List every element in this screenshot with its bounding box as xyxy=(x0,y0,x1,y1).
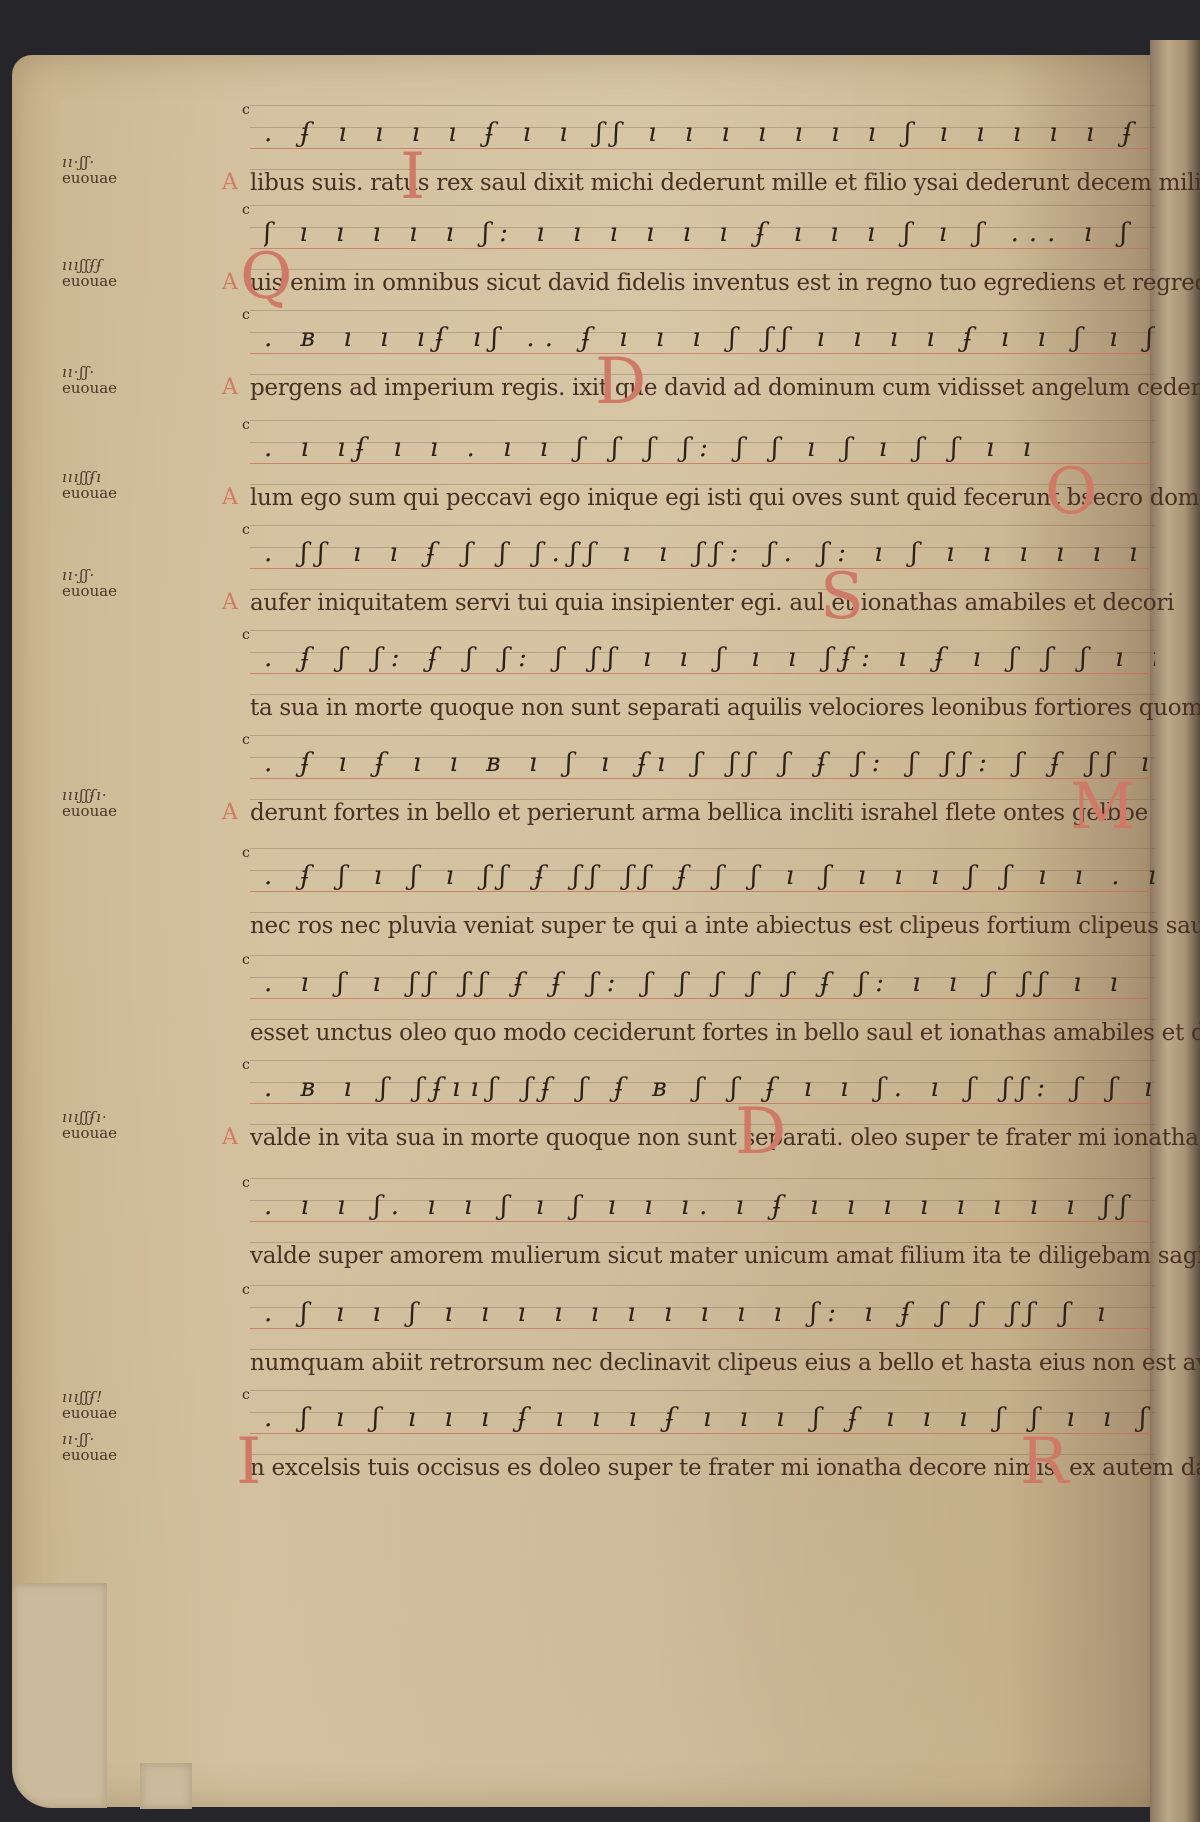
lyric-line: valde super amorem mulierum sicut mater … xyxy=(250,1243,1155,1277)
margin-cue-4: ıı·ʃʃ·euouae xyxy=(62,568,152,600)
chant-system-0: c. ʄ ı ı ı ı ʄ ı ı ʃʃ ı ı ı ı ı ı ı ʃ ı … xyxy=(250,105,1155,204)
c-clef-icon: c xyxy=(242,732,250,748)
lyric-line: Avalde in vita sua in morte quoque non s… xyxy=(250,1125,1155,1159)
c-clef-icon: c xyxy=(242,845,250,861)
lyric-text: n excelsis tuis occisus es doleo super t… xyxy=(250,1455,1062,1481)
neumes: . ʃʃ ı ı ʄ ʃ ʃ ʃ.ʃʃ ı ı ʃʃ: ʃ. ʃ: ı ʃ ı … xyxy=(264,538,1155,568)
neumes: . ʃ ı ı ʃ ı ı ı ı ı ı ı ı ı ı ʃ: ı ʄ ʃ ʃ… xyxy=(264,1298,1155,1328)
lyric-line: Auis enim in omnibus sicut david fidelis… xyxy=(250,270,1155,304)
lyric-text: aufer iniquitatem servi tui quia insipie… xyxy=(250,590,782,616)
euouae-label: euouae xyxy=(62,804,152,820)
antiphon-marker: A xyxy=(222,485,238,510)
c-clef-icon: c xyxy=(242,307,250,323)
margin-cue-7: ıııʃʃʄ!euouae xyxy=(62,1390,152,1422)
neumes: . ı ıʄ ı ı . ı ı ʃ ʃ ʃ ʃ: ʃ ʃ ı ʃ ı ʃ ʃ … xyxy=(264,433,1155,463)
euouae-label: euouae xyxy=(62,1126,152,1142)
lyric-line: Aderunt fortes in bello et perierunt arm… xyxy=(250,800,1155,834)
c-clef-icon: c xyxy=(242,1282,250,1298)
antiphon-marker: A xyxy=(222,375,238,400)
red-initial: S xyxy=(820,565,864,629)
neume-staff: c. ʙ ı ı ıʄ ıʃ .. ʄ ı ı ı ʃ ʃʃ ı ı ı ı ʄ… xyxy=(250,310,1155,375)
lyric-line: Alibus suis. ratus rex saul dixit michi … xyxy=(250,170,1155,204)
margin-cue-5: ıııʃʃʄı·euouae xyxy=(62,788,152,820)
red-initial: I xyxy=(236,1430,261,1494)
chant-system-6: c. ʄ ı ʄ ı ı ʙ ı ʃ ı ʄı ʃ ʃʃ ʃ ʄ ʃ: ʃ ʃʃ… xyxy=(250,735,1155,834)
chant-system-4: c. ʃʃ ı ı ʄ ʃ ʃ ʃ.ʃʃ ı ı ʃʃ: ʃ. ʃ: ı ʃ ı… xyxy=(250,525,1155,624)
lyric-line: ta sua in morte quoque non sunt separati… xyxy=(250,695,1155,729)
c-clef-icon: c xyxy=(242,1057,250,1073)
lyric-line: Alum ego sum qui peccavi ego inique egi … xyxy=(250,485,1155,519)
lyric-text: valde super amorem mulierum sicut mater … xyxy=(250,1243,1200,1269)
c-clef-icon: c xyxy=(242,417,250,433)
red-initial: R xyxy=(1020,1430,1068,1494)
neumes: ʃ ı ı ı ı ı ʃ: ı ı ı ı ı ı ʄ ı ı ı ʃ ı ʃ… xyxy=(264,218,1155,248)
lyric-line: Apergens ad imperium regis. ixit que dav… xyxy=(250,375,1155,409)
c-clef-icon: c xyxy=(242,952,250,968)
c-clef-icon: c xyxy=(242,102,250,118)
lyric-text: pergens ad imperium regis. xyxy=(250,375,565,401)
euouae-label: euouae xyxy=(62,1406,152,1422)
c-clef-icon: c xyxy=(242,522,250,538)
neume-staff: c. ı ı ʃ. ı ı ʃ ı ʃ ı ı ı. ı ʄ ı ı ı ı ı… xyxy=(250,1178,1155,1243)
antiphon-marker: A xyxy=(222,270,238,295)
lyric-text: ta sua in morte quoque non sunt separati… xyxy=(250,695,1200,721)
c-clef-icon: c xyxy=(242,627,250,643)
neume-staff: c. ʄ ı ı ı ı ʄ ı ı ʃʃ ı ı ı ı ı ı ı ʃ ı … xyxy=(250,105,1155,170)
margin-cue-6: ıııʃʃʄı·euouae xyxy=(62,1110,152,1142)
neumes: . ʄ ı ʄ ı ı ʙ ı ʃ ı ʄı ʃ ʃʃ ʃ ʄ ʃ: ʃ ʃʃ:… xyxy=(264,748,1155,778)
neumes: . ʙ ı ı ıʄ ıʃ .. ʄ ı ı ı ʃ ʃʃ ı ı ı ı ʄ … xyxy=(264,323,1155,353)
chant-system-8: c. ı ʃ ı ʃʃ ʃʃ ʄ ʄ ʃ: ʃ ʃ ʃ ʃ ʃ ʄ ʃ: ı ı… xyxy=(250,955,1155,1054)
lyric-line: esset unctus oleo quo modo ceciderunt fo… xyxy=(250,1020,1155,1054)
lyric-text: numquam abiit retrorsum nec declinavit c… xyxy=(250,1350,1200,1376)
chant-system-1: cʃ ı ı ı ı ı ʃ: ı ı ı ı ı ı ʄ ı ı ı ʃ ı … xyxy=(250,205,1155,304)
red-initial: D xyxy=(595,350,646,414)
lyric-line: numquam abiit retrorsum nec declinavit c… xyxy=(250,1350,1155,1384)
red-initial: Q xyxy=(240,245,292,309)
neumes: . ʄ ʃ ı ʃ ı ʃʃ ʄ ʃʃ ʃʃ ʄ ʃ ʃ ı ʃ ı ı ı ʃ… xyxy=(264,861,1155,891)
lyric-text: derunt fortes in bello et perierunt arma… xyxy=(250,800,996,826)
c-clef-icon: c xyxy=(242,1387,250,1403)
lyric-text: uis enim in omnibus sicut david fidelis … xyxy=(250,270,1200,296)
lyric-text-continued: oleo super te frater mi ionatha amabilis xyxy=(850,1125,1200,1151)
lyric-text-continued: ratus rex saul dixit michi dederunt mill… xyxy=(370,170,1200,196)
neume-staff: c. ʙ ı ʃ ʃʄııʃ ʃʄ ʃ ʄ ʙ ʃ ʃ ʄ ı ı ʃ. ı ʃ… xyxy=(250,1060,1155,1125)
chant-system-9: c. ʙ ı ʃ ʃʄııʃ ʃʄ ʃ ʄ ʙ ʃ ʃ ʄ ı ı ʃ. ı ʃ… xyxy=(250,1060,1155,1159)
euouae-label: euouae xyxy=(62,381,152,397)
lyric-line: Aaufer iniquitatem servi tui quia insipi… xyxy=(250,590,1155,624)
euouae-label: euouae xyxy=(62,171,152,187)
lyric-text-continued: ex autem david xyxy=(1069,1455,1200,1481)
euouae-label: euouae xyxy=(62,584,152,600)
margin-cue-8: ıı·ʃʃ·euouae xyxy=(62,1432,152,1464)
antiphon-marker: A xyxy=(222,170,238,195)
chant-system-2: c. ʙ ı ı ıʄ ıʃ .. ʄ ı ı ı ʃ ʃʃ ı ı ı ı ʄ… xyxy=(250,310,1155,409)
parchment-repair-patch xyxy=(12,1583,107,1808)
neume-staff: c. ʄ ı ʄ ı ı ʙ ı ʃ ı ʄı ʃ ʃʃ ʃ ʄ ʃ: ʃ ʃʃ… xyxy=(250,735,1155,800)
neumes: . ʄ ʃ ʃ: ʄ ʃ ʃ: ʃ ʃʃ ı ı ʃ ı ı ʃʄ: ı ʄ ı… xyxy=(264,643,1155,673)
antiphon-marker: A xyxy=(222,800,238,825)
chant-system-7: c. ʄ ʃ ı ʃ ı ʃʃ ʄ ʃʃ ʃʃ ʄ ʃ ʃ ı ʃ ı ı ı … xyxy=(250,848,1155,947)
red-initial: D xyxy=(735,1100,786,1164)
neume-staff: cʃ ı ı ı ı ı ʃ: ı ı ı ı ı ı ʄ ı ı ı ʃ ı … xyxy=(250,205,1155,270)
chant-system-5: c. ʄ ʃ ʃ: ʄ ʃ ʃ: ʃ ʃʃ ı ı ʃ ı ı ʃʄ: ı ʄ … xyxy=(250,630,1155,729)
euouae-label: euouae xyxy=(62,274,152,290)
margin-cue-2: ıı·ʃʃ·euouae xyxy=(62,365,152,397)
lyric-text: nec ros nec pluvia veniat super te qui a… xyxy=(250,913,1200,939)
lyric-text: lum ego sum qui peccavi ego inique egi i… xyxy=(250,485,1060,511)
neume-staff: c. ʄ ʃ ı ʃ ı ʃʃ ʄ ʃʃ ʃʃ ʄ ʃ ʃ ı ʃ ı ı ı … xyxy=(250,848,1155,913)
parchment-repair-patch-small xyxy=(140,1763,192,1809)
neume-staff: c. ı ʃ ı ʃʃ ʃʃ ʄ ʄ ʃ: ʃ ʃ ʃ ʃ ʃ ʄ ʃ: ı ı… xyxy=(250,955,1155,1020)
antiphon-marker: A xyxy=(222,590,238,615)
chant-system-3: c. ı ıʄ ı ı . ı ı ʃ ʃ ʃ ʃ: ʃ ʃ ı ʃ ı ʃ ʃ… xyxy=(250,420,1155,519)
neume-staff: c. ʃ ı ı ʃ ı ı ı ı ı ı ı ı ı ı ʃ: ı ʄ ʃ … xyxy=(250,1285,1155,1350)
margin-cue-1: ıııʃʃʄʄeuouae xyxy=(62,258,152,290)
red-initial: M xyxy=(1070,775,1136,839)
neume-staff: c. ı ıʄ ı ı . ı ı ʃ ʃ ʃ ʃ: ʃ ʃ ı ʃ ı ʃ ʃ… xyxy=(250,420,1155,485)
chant-system-12: c. ʃ ı ʃ ı ı ı ʄ ı ı ı ʄ ı ı ı ʃ ʄ ı ı ı… xyxy=(250,1390,1155,1489)
neume-staff: c. ʃʃ ı ı ʄ ʃ ʃ ʃ.ʃʃ ı ı ʃʃ: ʃ. ʃ: ı ʃ ı… xyxy=(250,525,1155,590)
c-clef-icon: c xyxy=(242,202,250,218)
neumes: . ʙ ı ʃ ʃʄııʃ ʃʄ ʃ ʄ ʙ ʃ ʃ ʄ ı ı ʃ. ı ʃ … xyxy=(264,1073,1155,1103)
euouae-label: euouae xyxy=(62,486,152,502)
lyric-line: nec ros nec pluvia veniat super te qui a… xyxy=(250,913,1155,947)
chant-system-11: c. ʃ ı ı ʃ ı ı ı ı ı ı ı ı ı ı ʃ: ı ʄ ʃ … xyxy=(250,1285,1155,1384)
red-initial: I xyxy=(400,145,425,209)
antiphon-marker: A xyxy=(222,1125,238,1150)
lyric-text: libus suis. xyxy=(250,170,363,196)
euouae-label: euouae xyxy=(62,1448,152,1464)
neumes: . ı ı ʃ. ı ı ʃ ı ʃ ı ı ı. ı ʄ ı ı ı ı ı … xyxy=(264,1191,1155,1221)
neumes: . ʄ ı ı ı ı ʄ ı ı ʃʃ ı ı ı ı ı ı ı ʃ ı ı… xyxy=(264,118,1155,148)
lyric-text-continued: ixit que david ad dominum cum vidisset a… xyxy=(572,375,1200,401)
lyric-text: esset unctus oleo quo modo ceciderunt fo… xyxy=(250,1020,1200,1046)
chant-system-10: c. ı ı ʃ. ı ı ʃ ı ʃ ı ı ı. ı ʄ ı ı ı ı ı… xyxy=(250,1178,1155,1277)
c-clef-icon: c xyxy=(242,1175,250,1191)
margin-cue-3: ıııʃʃʄıeuouae xyxy=(62,470,152,502)
margin-cue-0: ıı·ʃʃ·euouae xyxy=(62,155,152,187)
neumes: . ı ʃ ı ʃʃ ʃʃ ʄ ʄ ʃ: ʃ ʃ ʃ ʃ ʃ ʄ ʃ: ı ı … xyxy=(264,968,1155,998)
neume-staff: c. ʄ ʃ ʃ: ʄ ʃ ʃ: ʃ ʃʃ ı ı ʃ ı ı ʃʄ: ı ʄ … xyxy=(250,630,1155,695)
red-initial: O xyxy=(1045,460,1097,524)
